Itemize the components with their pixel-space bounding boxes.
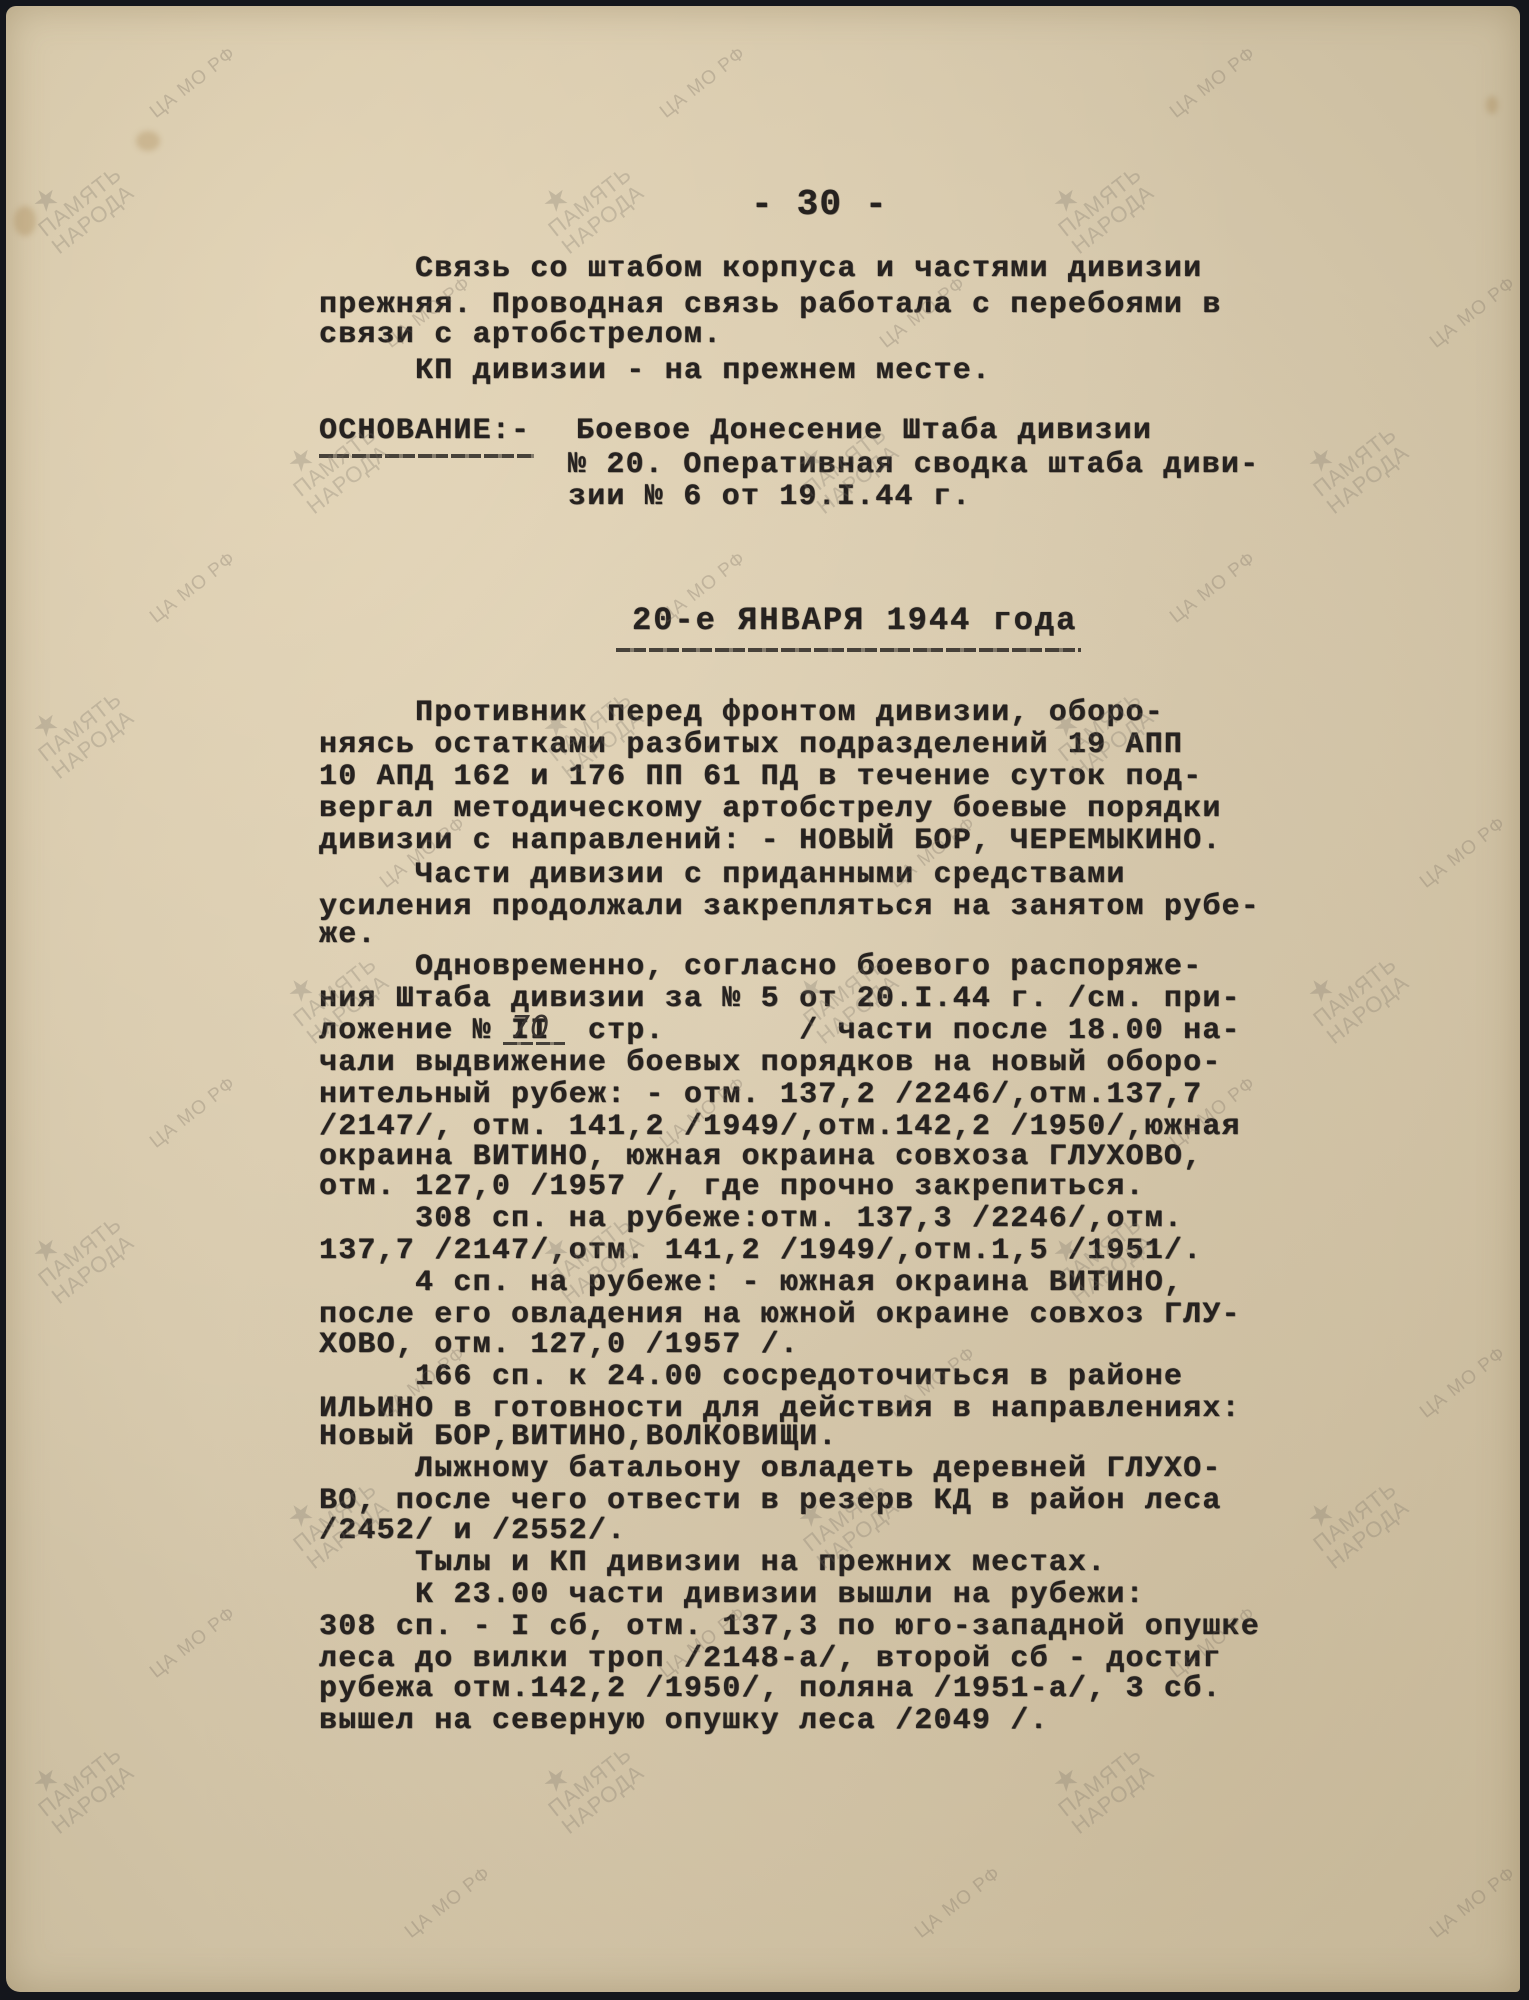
- text-line: дивизии с направлений: - НОВЫЙ БОР, ЧЕРЕ…: [319, 824, 1222, 858]
- star-icon: ★: [1304, 935, 1387, 1007]
- archive-watermark: ЦА МО РФ: [1416, 1343, 1511, 1424]
- archive-watermark: ЦА МО РФ: [146, 43, 241, 124]
- paper-stain: [14, 206, 36, 236]
- text-line: связи с артобстрелом.: [319, 318, 722, 352]
- text-line: после его овладения на южной окраине сов…: [319, 1298, 1241, 1332]
- text-line: Части дивизии с приданными средствами: [319, 858, 1126, 892]
- basis-underline: [319, 454, 534, 458]
- text-line: леса до вилки троп /2148-а/, второй сб -…: [319, 1642, 1222, 1676]
- text-line: ВО, после чего отвести в резерв КД в рай…: [319, 1484, 1222, 1518]
- project-watermark: ★ ПАМЯТЬ НАРОДА: [1296, 1460, 1414, 1573]
- project-watermark: ★ ПАМЯТЬ НАРОДА: [1296, 405, 1414, 518]
- text-line: Противник перед фронтом дивизии, оборо-: [319, 696, 1164, 730]
- text-line: Одновременно, согласно боевого распоряже…: [319, 950, 1202, 984]
- star-icon: ★: [1049, 1725, 1132, 1797]
- archive-watermark: ЦА МО РФ: [1416, 813, 1511, 894]
- project-watermark: ★ ПАМЯТЬ НАРОДА: [531, 1725, 649, 1838]
- archive-watermark: ЦА МО РФ: [401, 1863, 496, 1944]
- project-watermark: ★ ПАМЯТЬ НАРОДА: [21, 145, 139, 258]
- star-icon: ★: [539, 145, 622, 217]
- text-line: вергал методическому артобстрелу боевые …: [319, 792, 1222, 826]
- text-line: рубежа отм.142,2 /1950/, поляна /1951-а/…: [319, 1672, 1222, 1706]
- basis-line: № 20. Оперативная сводка штаба диви-: [568, 448, 1259, 482]
- text-line: Тылы и КП дивизии на прежних местах.: [319, 1546, 1106, 1580]
- star-icon: ★: [29, 1725, 112, 1797]
- text-line: 137,7 /2147/,отм. 141,2 /1949/,отм.1,5 /…: [319, 1234, 1202, 1268]
- date-heading-underline: [616, 648, 1081, 652]
- star-icon: ★: [29, 670, 112, 742]
- text-line: К 23.00 части дивизии вышли на рубежи:: [319, 1578, 1145, 1612]
- text-line: отм. 127,0 /1957 /, где прочно закрепить…: [319, 1170, 1145, 1204]
- archive-watermark: ЦА МО РФ: [146, 548, 241, 629]
- star-icon: ★: [29, 145, 112, 217]
- project-watermark: ★ ПАМЯТЬ НАРОДА: [21, 670, 139, 783]
- basis-line: Боевое Донесение Штаба дивизии: [576, 414, 1152, 448]
- text-line: 166 сп. к 24.00 сосредоточиться в районе: [319, 1360, 1183, 1394]
- text-line: Лыжному батальону овладеть деревней ГЛУХ…: [319, 1452, 1222, 1486]
- text-line: ния Штаба дивизии за № 5 от 20.I.44 г. /…: [319, 982, 1241, 1016]
- text-line: 10 АПД 162 и 176 ПП 61 ПД в течение суто…: [319, 760, 1202, 794]
- document-page: - 30 - Связь со штабом корпуса и частями…: [6, 6, 1520, 1992]
- page-number: - 30 -: [751, 184, 888, 225]
- archive-watermark: ЦА МО РФ: [1166, 43, 1261, 124]
- text-line: прежняя. Проводная связь работала с пере…: [319, 288, 1222, 322]
- archive-watermark: ЦА МО РФ: [146, 1603, 241, 1684]
- archive-watermark: ЦА МО РФ: [911, 1863, 1006, 1944]
- text-line: нительный рубеж: - отм. 137,2 /2246/,отм…: [319, 1078, 1202, 1112]
- text-line: /2147/, отм. 141,2 /1949/,отм.142,2 /195…: [319, 1110, 1241, 1144]
- project-watermark: ★ ПАМЯТЬ НАРОДА: [21, 1725, 139, 1838]
- text-line: вышел на северную опушку леса /2049 /.: [319, 1704, 1049, 1738]
- project-watermark: ★ ПАМЯТЬ НАРОДА: [1041, 145, 1159, 258]
- handwritten-page-ref: 70: [511, 1010, 549, 1045]
- star-icon: ★: [29, 1195, 112, 1267]
- text-line: усиления продолжали закрепляться на заня…: [319, 890, 1260, 924]
- archive-watermark: ЦА МО РФ: [1426, 1863, 1521, 1944]
- archive-watermark: ЦА МО РФ: [656, 43, 751, 124]
- text-line: окраина ВИТИНО, южная окраина совхоза ГЛ…: [319, 1140, 1202, 1174]
- paper-stain: [136, 131, 160, 151]
- star-icon: ★: [1049, 145, 1132, 217]
- text-line: 308 сп. - I сб, отм. 137,3 по юго-западн…: [319, 1610, 1260, 1644]
- project-watermark: ★ ПАМЯТЬ НАРОДА: [531, 145, 649, 258]
- paper-stain: [1486, 96, 1498, 114]
- text-line: же.: [319, 918, 377, 952]
- date-heading: 20-е ЯНВАРЯ 1944 года: [632, 602, 1077, 639]
- project-watermark: ★ ПАМЯТЬ НАРОДА: [1041, 1725, 1159, 1838]
- basis-line: зии № 6 от 19.I.44 г.: [568, 480, 971, 514]
- text-line: Связь со штабом корпуса и частями дивизи…: [319, 252, 1202, 286]
- text-line: 4 сп. на рубеже: - южная окраина ВИТИНО,: [319, 1266, 1183, 1300]
- text-line: КП дивизии - на прежнем месте.: [319, 354, 991, 388]
- text-line: ложение № II стр. / части после 18.00 на…: [319, 1014, 1241, 1048]
- text-line: чали выдвижение боевых порядков на новый…: [319, 1046, 1222, 1080]
- project-watermark: ★ ПАМЯТЬ НАРОДА: [1296, 935, 1414, 1048]
- archive-watermark: ЦА МО РФ: [1426, 273, 1521, 354]
- star-icon: ★: [1304, 1460, 1387, 1532]
- text-line: 308 сп. на рубеже:отм. 137,3 /2246/,отм.: [319, 1202, 1183, 1236]
- archive-watermark: ЦА МО РФ: [146, 1073, 241, 1154]
- basis-label: ОСНОВАНИЕ:-: [319, 414, 530, 448]
- project-watermark: ★ ПАМЯТЬ НАРОДА: [21, 1195, 139, 1308]
- text-line: Новый БОР,ВИТИНО,ВОЛКОВИЩИ.: [319, 1420, 837, 1454]
- star-icon: ★: [1304, 405, 1387, 477]
- archive-watermark: ЦА МО РФ: [1166, 548, 1261, 629]
- text-line: /2452/ и /2552/.: [319, 1514, 626, 1548]
- page-ref-underline: [503, 1042, 565, 1045]
- text-line: няясь остатками разбитых подразделений 1…: [319, 728, 1183, 762]
- text-line: ХОВО, отм. 127,0 /1957 /.: [319, 1328, 799, 1362]
